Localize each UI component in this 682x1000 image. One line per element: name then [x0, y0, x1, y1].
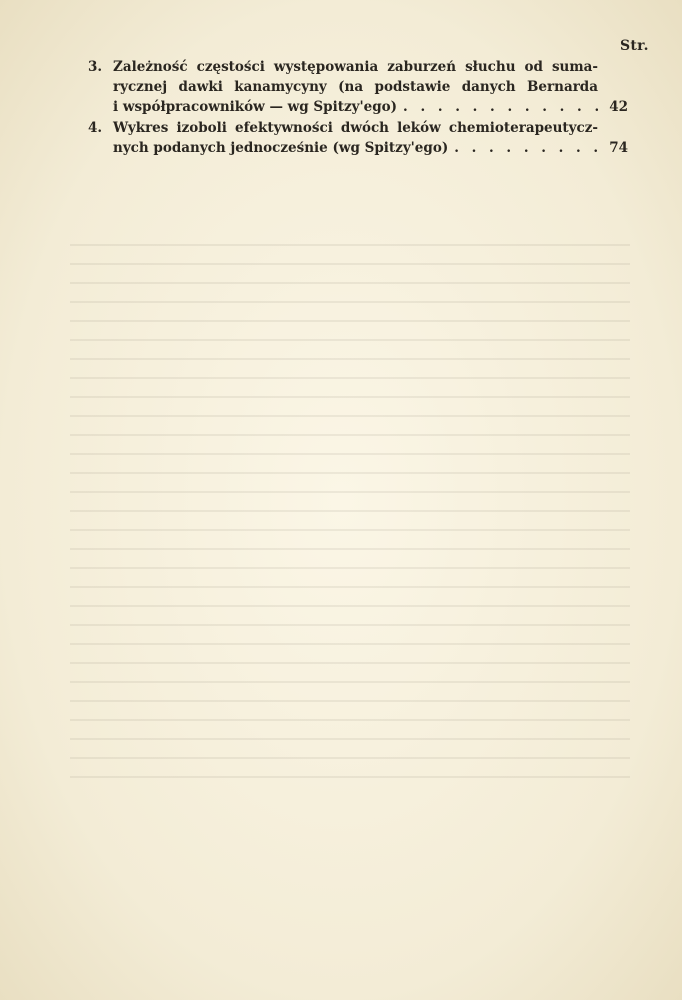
entry-line: Wykres izoboli efektywności dwóch leków …: [113, 118, 598, 138]
page-column-header: Str.: [620, 38, 649, 54]
toc-entry-3: 3. Zależność częstości występowania zabu…: [88, 57, 638, 117]
dot-leader: . . . . . . . . .: [448, 138, 598, 158]
entry-line: i współpracowników — wg Spitzy'ego): [113, 97, 397, 117]
entry-line: nych podanych jednocześnie (wg Spitzy'eg…: [113, 138, 448, 158]
entry-line: Zależność częstości występowania zaburze…: [113, 57, 598, 77]
show-through-text: [70, 230, 630, 790]
page-number: 42: [609, 97, 628, 117]
entry-line: rycznej dawki kanamycyny (na podstawie d…: [113, 77, 598, 97]
page-number: 74: [609, 138, 628, 158]
dot-leader: . . . . . . . . . . . .: [397, 97, 598, 117]
entry-number: 4.: [88, 118, 110, 138]
entry-number: 3.: [88, 57, 110, 77]
toc-entry-4: 4. Wykres izoboli efektywności dwóch lek…: [88, 118, 638, 158]
